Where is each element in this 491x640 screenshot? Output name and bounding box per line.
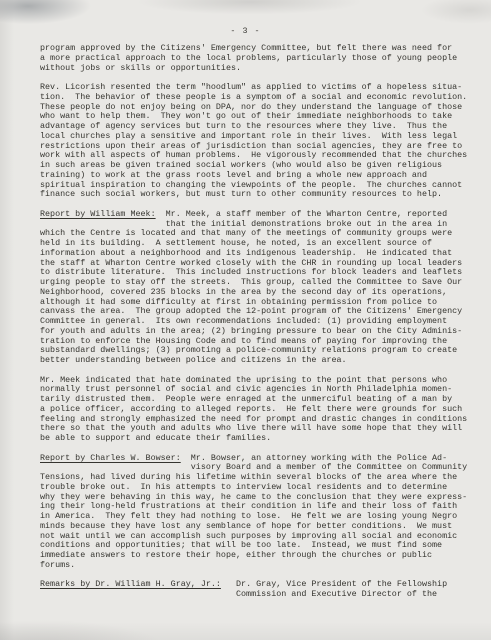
page-number: - 3 - xyxy=(0,26,491,36)
paragraph: Mr. Meek indicated that hate dominated t… xyxy=(40,376,476,444)
text-line: without jobs or skills or opportunities. xyxy=(40,64,476,74)
heading-rest: Dr. Gray, Vice President of the Fellowsh… xyxy=(221,579,447,589)
text-line: immediate answers to restore their hope,… xyxy=(40,551,476,561)
report-heading: Report by Charles W. Bowser: xyxy=(40,453,181,463)
text-line: forums. xyxy=(40,561,476,571)
text-line: better understanding between police and … xyxy=(40,356,476,366)
heading-rest: Mr. Bowser, an attorney working with the… xyxy=(181,453,447,463)
document-text: program approved by the Citizens' Emerge… xyxy=(40,44,476,610)
text-line: finance such social workers, but must tu… xyxy=(40,190,476,200)
document-page: - 3 - program approved by the Citizens' … xyxy=(0,0,491,640)
paragraph: program approved by the Citizens' Emerge… xyxy=(40,44,476,73)
report-heading: Report by William Meek: xyxy=(40,209,156,219)
heading-rest: Mr. Meek, a staff member of the Wharton … xyxy=(156,209,448,219)
paragraph: Remarks by Dr. William H. Gray, Jr.: Dr.… xyxy=(40,580,476,600)
text-line: be able to support and educate their fam… xyxy=(40,434,476,444)
report-heading: Remarks by Dr. William H. Gray, Jr.: xyxy=(40,579,221,589)
paragraph: Report by Charles W. Bowser: Mr. Bowser,… xyxy=(40,454,476,571)
paragraph: Report by William Meek: Mr. Meek, a staf… xyxy=(40,210,476,366)
paragraph: Rev. Licorish resented the term "hoodlum… xyxy=(40,83,476,200)
text-line: Commission and Executive Director of the xyxy=(40,590,476,600)
